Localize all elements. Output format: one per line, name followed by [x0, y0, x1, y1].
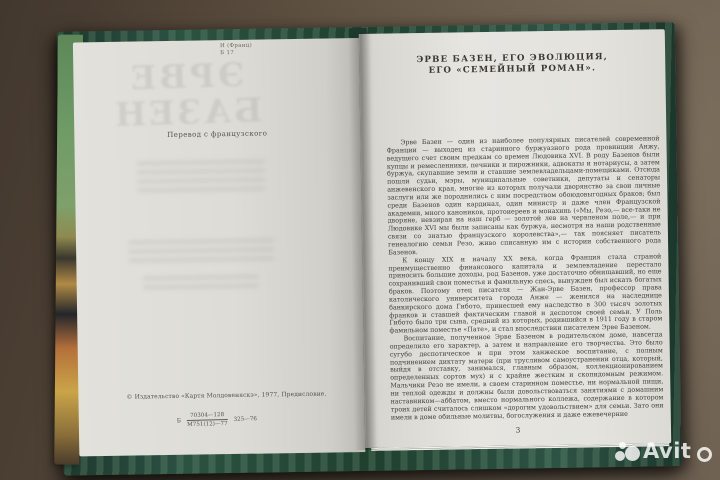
open-book: И (Франц) Б 17 ЭРВЕ БАЗЕН Перевод с фран…	[0, 0, 720, 480]
avito-dot-icon	[615, 451, 625, 461]
left-page: И (Франц) Б 17 ЭРВЕ БАЗЕН Перевод с фран…	[73, 38, 365, 456]
print-code-letter: Б	[177, 418, 181, 424]
showthrough-blur-block	[137, 156, 266, 192]
classification-line-1: И (Франц)	[220, 43, 252, 50]
book-photo-scene: И (Франц) Б 17 ЭРВЕ БАЗЕН Перевод с фран…	[0, 0, 720, 480]
print-code-fraction: 70304—128 М751(12)—77	[187, 412, 228, 428]
preface-heading: ЭРВЕ БАЗЕН, ЕГО ЭВОЛЮЦИЯ, ЕГО «СЕМЕЙНЫЙ …	[359, 51, 665, 77]
avito-wordmark: Avit	[643, 439, 691, 463]
preface-body: Эрве Базен — один из наиболее популярных…	[386, 135, 663, 425]
paragraph: Воспитание, полученное Эрве Базеном в ро…	[390, 331, 664, 422]
showthrough-blur-block	[128, 236, 274, 262]
print-code: Б 70304—128 М751(12)—77 325—76	[177, 411, 257, 428]
right-page: ЭРВЕ БАЗЕН, ЕГО ЭВОЛЮЦИЯ, ЕГО «СЕМЕЙНЫЙ …	[359, 29, 671, 448]
print-code-denominator: М751(12)—77	[187, 420, 228, 428]
showthrough-blur-block	[142, 270, 258, 290]
paragraph: К концу XIX и началу XX века, когда Фран…	[388, 253, 662, 336]
showthrough-word-2: БАЗЕН	[112, 92, 263, 133]
avito-o-ring-icon	[697, 447, 712, 462]
cover-title-showthrough: ЭРВЕ БАЗЕН	[111, 56, 263, 133]
avito-dot-icon	[619, 442, 626, 449]
avito-dot-icon	[625, 446, 640, 461]
print-code-suffix: 325—76	[233, 416, 257, 423]
paragraph: Эрве Базен — один из наиболее популярных…	[386, 135, 661, 257]
avito-watermark: Avit	[612, 437, 720, 480]
copyright-line: © Издательство «Картя Молдовеняскэ», 197…	[126, 390, 362, 401]
